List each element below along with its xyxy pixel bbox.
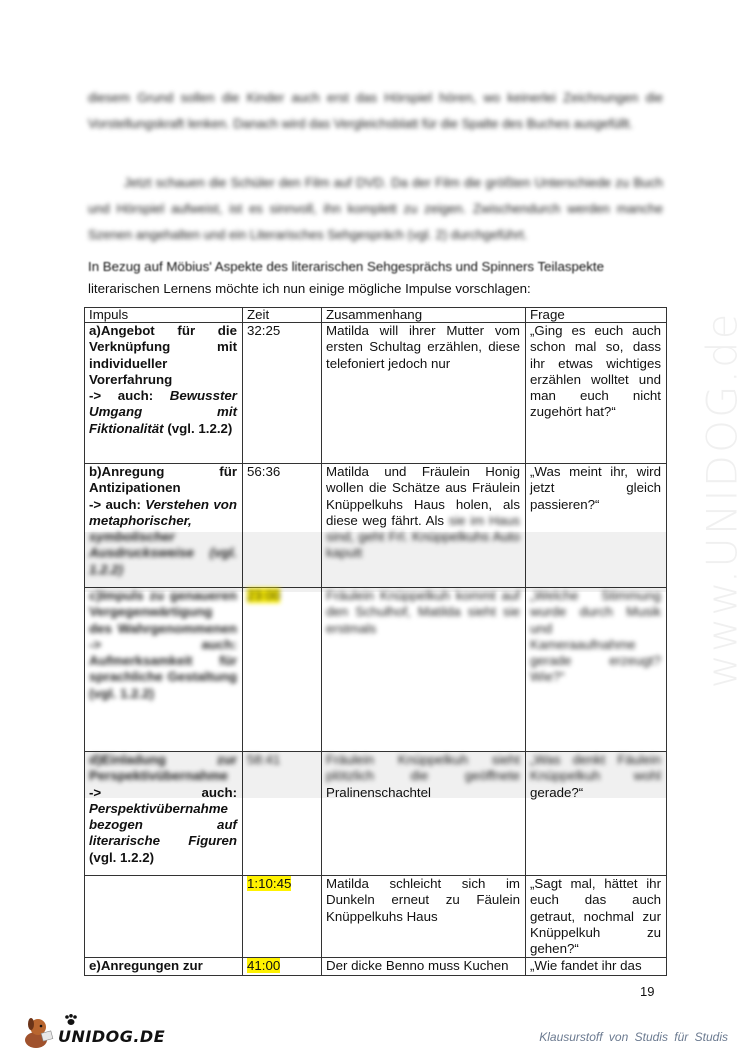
frage-cell: „Welche Stimmung wurde durch Musik und K… [526, 588, 667, 752]
zeit-cell: 1:10:45 [243, 876, 322, 958]
logo-text: UNIDOG.DE [58, 1027, 165, 1046]
impuls-cell: b)Anregung für Antizipationen -> auch: V… [85, 464, 243, 588]
zeit-highlight: 41:00 [247, 958, 280, 973]
zusammenhang-cell: Matilda will ihrer Mutter vom ersten Sch… [322, 323, 526, 464]
frage-cell: „Ging es euch auch schon mal so, dass ih… [526, 323, 667, 464]
zusammenhang-cell: Fräulein Knüppelkuh sieht plötzlich die … [322, 752, 526, 876]
footer-slogan: Klausurstoff von Studis für Studis [539, 1030, 728, 1044]
intro-paragraph: In Bezug auf Möbius' Aspekte des literar… [88, 256, 663, 300]
table-header-row: Impuls Zeit Zusammenhang Frage [85, 308, 667, 323]
dog-icon [22, 1014, 58, 1050]
table-row: b)Anregung für Antizipationen -> auch: V… [85, 464, 667, 588]
impuls-cell: a)Angebot für die Verknüpfung mit indivi… [85, 323, 243, 464]
zusammenhang-cell: Der dicke Benno muss Kuchen [322, 958, 526, 975]
table-row: c)Impuls zu genaueren Vergegenwärtigung … [85, 588, 667, 752]
unidog-logo: UNIDOG.DE [22, 1014, 182, 1050]
zeit-cell: 56:36 [243, 464, 322, 588]
table-row: 1:10:45 Matilda schleicht sich im Dunkel… [85, 876, 667, 958]
zeit-highlight: 23:00 [247, 588, 280, 603]
impuls-cell: d)Einladung zur Perspektivübernahme -> a… [85, 752, 243, 876]
zeit-cell: 58:41 [243, 752, 322, 876]
impuls-cell [85, 876, 243, 958]
zeit-highlight: 1:10:45 [247, 876, 291, 891]
zeit-cell: 23:00 [243, 588, 322, 752]
header-zusammenhang: Zusammenhang [322, 308, 526, 323]
frage-cell: „Wie fandet ihr das [526, 958, 667, 975]
header-impuls: Impuls [85, 308, 243, 323]
zusammenhang-cell: Matilda und Fräulein Honig wollen die Sc… [322, 464, 526, 588]
header-zeit: Zeit [243, 308, 322, 323]
intro-line-1: In Bezug auf Möbius' Aspekte des literar… [88, 256, 663, 278]
watermark: www.UNIDOG.de [698, 312, 747, 689]
impuls-cell: c)Impuls zu genaueren Vergegenwärtigung … [85, 588, 243, 752]
table-row: d)Einladung zur Perspektivübernahme -> a… [85, 752, 667, 876]
table-row: e)Anregungen zur 41:00 Der dicke Benno m… [85, 958, 667, 975]
blurred-paragraph-1: diesem Grund sollen die Kinder auch erst… [88, 85, 663, 137]
impulse-table: Impuls Zeit Zusammenhang Frage a)Angebot… [84, 307, 667, 976]
zeit-cell: 32:25 [243, 323, 322, 464]
frage-cell: „Was denkt Fäulein Knüppelkuh wohl gerad… [526, 752, 667, 876]
zeit-cell: 41:00 [243, 958, 322, 975]
header-frage: Frage [526, 308, 667, 323]
intro-line-2: literarischen Lernens möchte ich nun ein… [88, 278, 663, 300]
blurred-paragraph-2: Jetzt schauen die Schüler den Film auf D… [88, 170, 663, 248]
frage-cell: „Was meint ihr, wird jetzt gleich passie… [526, 464, 667, 588]
paw-icon [64, 1014, 78, 1026]
table-row: a)Angebot für die Verknüpfung mit indivi… [85, 323, 667, 464]
zusammenhang-cell: Fräulein Knüppelkuh kommt auf den Schulh… [322, 588, 526, 752]
frage-cell: „Sagt mal, hättet ihr euch das auch getr… [526, 876, 667, 958]
zusammenhang-cell: Matilda schleicht sich im Dunkeln erneut… [322, 876, 526, 958]
impuls-cell: e)Anregungen zur [85, 958, 243, 975]
page-number: 19 [640, 984, 654, 999]
